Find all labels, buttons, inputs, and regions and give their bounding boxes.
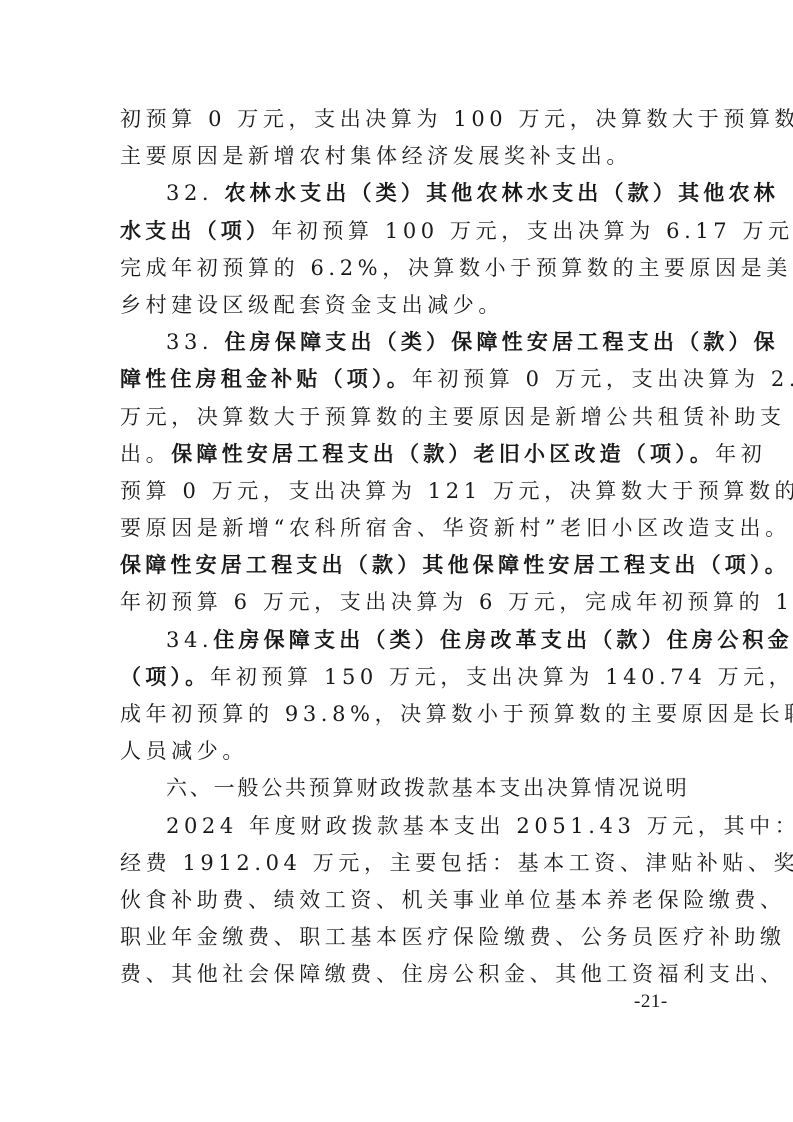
text-line: 保障性安居工程支出（款）其他保障性安居工程支出（项）。: [120, 547, 673, 584]
text-line: 障性住房租金补贴（项）。年初预算 0 万元，支出决算为 2.17: [120, 361, 673, 398]
text-segment: 主要原因是新增农村集体经济发展奖补支出。: [120, 144, 632, 168]
text-line: 年初预算 6 万元，支出决算为 6 万元，完成年初预算的 100%。: [120, 584, 673, 621]
text-line: 预算 0 万元，支出决算为 121 万元，决算数大于预算数的主: [120, 473, 673, 510]
text-segment: 职业年金缴费、职工基本医疗保险缴费、公务员医疗补助缴: [120, 925, 786, 949]
bold-item-title: 住房保障支出（类）住房改革支出（款）住房公积金: [213, 628, 793, 652]
document-body: 初预算 0 万元，支出决算为 100 万元，决算数大于预算数的主要原因是新增农村…: [120, 101, 673, 994]
text-line: 伙食补助费、绩效工资、机关事业单位基本养老保险缴费、: [120, 882, 673, 919]
text-segment: 初预算 0 万元，支出决算为 100 万元，决算数大于预算数的: [120, 107, 793, 131]
text-line: 成年初预算的 93.8%，决算数小于预算数的主要原因是长聘: [120, 696, 673, 733]
text-line: 2024 年度财政拨款基本支出 2051.43 万元，其中：人员: [120, 808, 673, 845]
text-line: 要原因是新增“农科所宿舍、华资新村”老旧小区改造支出。: [120, 510, 673, 547]
text-segment: 2024 年度财政拨款基本支出 2051.43 万元，其中：人员: [166, 814, 793, 838]
text-segment: 33.: [166, 330, 224, 354]
text-segment: 人员减少。: [120, 739, 248, 763]
text-segment: 六、一般公共预算财政拨款基本支出决算情况说明: [166, 776, 690, 800]
text-segment: 32.: [166, 181, 224, 205]
text-line: 经费 1912.04 万元，主要包括：基本工资、津贴补贴、奖金、: [120, 845, 673, 882]
text-segment: 年初预算 150 万元，支出决算为 140.74 万元，完: [210, 665, 793, 689]
text-line: （项）。年初预算 150 万元，支出决算为 140.74 万元，完: [120, 659, 673, 696]
text-line: 出。保障性安居工程支出（款）老旧小区改造（项）。年初: [120, 436, 673, 473]
text-line: 33. 住房保障支出（类）保障性安居工程支出（款）保: [120, 324, 673, 361]
text-line: 万元，决算数大于预算数的主要原因是新增公共租赁补助支: [120, 399, 673, 436]
section-heading: 六、一般公共预算财政拨款基本支出决算情况说明: [120, 770, 673, 807]
bold-item-title: 保障性安居工程支出（款）其他保障性安居工程支出（项）。: [120, 553, 790, 577]
text-line: 乡村建设区级配套资金支出减少。: [120, 287, 673, 324]
text-segment: 34.: [166, 628, 213, 652]
text-line: 34.住房保障支出（类）住房改革支出（款）住房公积金: [120, 622, 673, 659]
text-line: 主要原因是新增农村集体经济发展奖补支出。: [120, 138, 673, 175]
text-line: 初预算 0 万元，支出决算为 100 万元，决算数大于预算数的: [120, 101, 673, 138]
page-number: -21-: [634, 991, 668, 1013]
text-line: 完成年初预算的 6.2%，决算数小于预算数的主要原因是美丽: [120, 250, 673, 287]
text-segment: 年初预算 6 万元，支出决算为 6 万元，完成年初预算的 100%。: [120, 590, 793, 614]
document-page: 初预算 0 万元，支出决算为 100 万元，决算数大于预算数的主要原因是新增农村…: [0, 0, 793, 1122]
bold-item-title: 障性住房租金补贴（项）。: [120, 367, 412, 391]
bold-item-title: 农林水支出（类）其他农林水支出（款）其他农林: [224, 181, 778, 205]
text-line: 32. 农林水支出（类）其他农林水支出（款）其他农林: [120, 175, 673, 212]
text-segment: 成年初预算的 93.8%，决算数小于预算数的主要原因是长聘: [120, 702, 793, 726]
text-segment: 伙食补助费、绩效工资、机关事业单位基本养老保险缴费、: [120, 888, 786, 912]
text-segment: 年初预算 100 万元，支出决算为 6.17 万元，: [271, 219, 793, 243]
text-segment: 年初: [715, 442, 766, 466]
bold-item-title: （项）。: [120, 665, 210, 689]
text-segment: 完成年初预算的 6.2%，决算数小于预算数的主要原因是美丽: [120, 256, 793, 280]
text-segment: 万元，决算数大于预算数的主要原因是新增公共租赁补助支: [120, 405, 786, 429]
text-line: 职业年金缴费、职工基本医疗保险缴费、公务员医疗补助缴: [120, 919, 673, 956]
text-line: 费、其他社会保障缴费、住房公积金、其他工资福利支出、: [120, 956, 673, 993]
text-line: 水支出（项）年初预算 100 万元，支出决算为 6.17 万元，: [120, 213, 673, 250]
bold-item-title: 水支出（项）: [120, 219, 271, 243]
text-segment: 年初预算 0 万元，支出决算为 2.17: [412, 367, 793, 391]
text-segment: 经费 1912.04 万元，主要包括：基本工资、津贴补贴、奖金、: [120, 851, 793, 875]
bold-item-title: 保障性安居工程支出（款）老旧小区改造（项）。: [171, 442, 715, 466]
text-segment: 乡村建设区级配套资金支出减少。: [120, 293, 504, 317]
text-line: 人员减少。: [120, 733, 673, 770]
text-segment: 预算 0 万元，支出决算为 121 万元，决算数大于预算数的主: [120, 479, 793, 503]
text-segment: 出。: [120, 442, 171, 466]
text-segment: 要原因是新增“农科所宿舍、华资新村”老旧小区改造支出。: [120, 516, 791, 540]
text-segment: 费、其他社会保障缴费、住房公积金、其他工资福利支出、: [120, 962, 786, 986]
bold-item-title: 住房保障支出（类）保障性安居工程支出（款）保: [224, 330, 778, 354]
